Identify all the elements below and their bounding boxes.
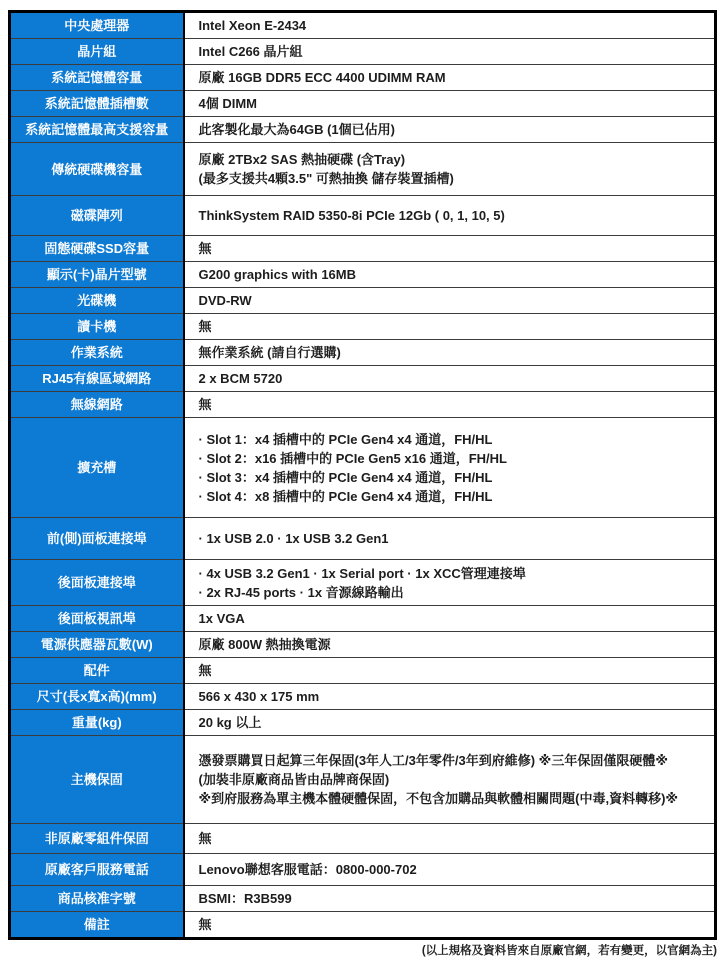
spec-row: 重量(kg)20 kg 以上 [10, 710, 716, 736]
spec-row: 中央處理器Intel Xeon E-2434 [10, 12, 716, 39]
spec-value-line: · Slot 1：x4 插槽中的 PCIe Gen4 x4 通道，FH/HL [199, 430, 705, 449]
spec-value-cell: 無 [184, 658, 716, 684]
spec-row: 顯示(卡)晶片型號G200 graphics with 16MB [10, 262, 716, 288]
spec-label-cell: 磁碟陣列 [10, 196, 184, 236]
spec-label: 讀卡機 [77, 319, 116, 334]
spec-value-line: 1x VGA [199, 609, 705, 628]
spec-value-cell: 無作業系統 (請自行選購) [184, 340, 716, 366]
spec-value-cell: 1x VGA [184, 606, 716, 632]
spec-value-cell: 20 kg 以上 [184, 710, 716, 736]
spec-value-cell: 原廠 800W 熱抽換電源 [184, 632, 716, 658]
spec-label: 系統記憶體插槽數 [45, 96, 149, 111]
spec-value-line: (加裝非原廠商品皆由品牌商保固) [199, 770, 705, 789]
spec-label: 擴充槽 [77, 460, 116, 475]
spec-label-cell: 前(側)面板連接埠 [10, 518, 184, 560]
spec-label-cell: 擴充槽 [10, 418, 184, 518]
spec-label-cell: 讀卡機 [10, 314, 184, 340]
spec-row: 無線網路無 [10, 392, 716, 418]
spec-value-cell: 2 x BCM 5720 [184, 366, 716, 392]
spec-value-line: · Slot 4：x8 插槽中的 PCIe Gen4 x4 通道，FH/HL [199, 487, 705, 506]
spec-label: 配件 [84, 663, 110, 678]
spec-value-line: Intel Xeon E-2434 [199, 16, 705, 35]
spec-row: 系統記憶體容量原廠 16GB DDR5 ECC 4400 UDIMM RAM [10, 65, 716, 91]
spec-value-line: BSMI：R3B599 [199, 889, 705, 908]
spec-label: 主機保固 [71, 772, 123, 787]
spec-label: RJ45有線區域網路 [42, 371, 151, 386]
spec-value-cell: 566 x 430 x 175 mm [184, 684, 716, 710]
spec-value-cell: ThinkSystem RAID 5350-8i PCIe 12Gb ( 0, … [184, 196, 716, 236]
spec-label-cell: 作業系統 [10, 340, 184, 366]
spec-value-cell: 原廠 16GB DDR5 ECC 4400 UDIMM RAM [184, 65, 716, 91]
spec-value-cell: 無 [184, 392, 716, 418]
spec-value-cell: 無 [184, 314, 716, 340]
spec-label-cell: 後面板連接埠 [10, 560, 184, 606]
spec-label-cell: 配件 [10, 658, 184, 684]
spec-value-line: · 1x USB 2.0 · 1x USB 3.2 Gen1 [199, 529, 705, 548]
spec-label: 後面板視訊埠 [58, 611, 136, 626]
spec-row: 光碟機DVD-RW [10, 288, 716, 314]
spec-value-line: · 4x USB 3.2 Gen1 · 1x Serial port · 1x … [199, 564, 705, 583]
spec-value-line: 無作業系統 (請自行選購) [199, 343, 705, 362]
spec-row: 前(側)面板連接埠· 1x USB 2.0 · 1x USB 3.2 Gen1 [10, 518, 716, 560]
spec-row: 主機保固憑發票購買日起算三年保固(3年人工/3年零件/3年到府維修) ※三年保固… [10, 736, 716, 824]
spec-label: 電源供應器瓦數(W) [41, 637, 153, 652]
spec-value-line: 原廠 16GB DDR5 ECC 4400 UDIMM RAM [199, 68, 705, 87]
spec-value-line: 此客製化最大為64GB (1個已佔用) [199, 120, 705, 139]
spec-value-line: 憑發票購買日起算三年保固(3年人工/3年零件/3年到府維修) ※三年保固僅限硬體… [199, 751, 705, 770]
spec-value-line: 無 [199, 829, 705, 848]
spec-label-cell: 固態硬碟SSD容量 [10, 236, 184, 262]
spec-label-cell: RJ45有線區域網路 [10, 366, 184, 392]
spec-value-cell: · Slot 1：x4 插槽中的 PCIe Gen4 x4 通道，FH/HL· … [184, 418, 716, 518]
spec-label: 無線網路 [71, 397, 123, 412]
spec-label-cell: 電源供應器瓦數(W) [10, 632, 184, 658]
spec-table-body: 中央處理器Intel Xeon E-2434晶片組Intel C266 晶片組系… [10, 12, 716, 939]
spec-row: 固態硬碟SSD容量無 [10, 236, 716, 262]
spec-value-cell: 原廠 2TBx2 SAS 熱抽硬碟 (含Tray)(最多支援共4顆3.5" 可熱… [184, 143, 716, 196]
spec-value-line: 無 [199, 239, 705, 258]
spec-value-line: ※到府服務為單主機本體硬體保固，不包含加購品與軟體相關問題(中毒,資料轉移)※ [199, 789, 705, 808]
spec-value-cell: Intel Xeon E-2434 [184, 12, 716, 39]
spec-value-line: 無 [199, 317, 705, 336]
spec-label: 磁碟陣列 [71, 208, 123, 223]
spec-label-cell: 主機保固 [10, 736, 184, 824]
spec-row: 讀卡機無 [10, 314, 716, 340]
spec-value-line: 無 [199, 915, 705, 934]
spec-value-line: 566 x 430 x 175 mm [199, 687, 705, 706]
spec-label: 重量(kg) [72, 715, 122, 730]
spec-label: 固態硬碟SSD容量 [44, 241, 149, 256]
spec-row: 後面板視訊埠1x VGA [10, 606, 716, 632]
spec-label: 前(側)面板連接埠 [47, 531, 147, 546]
spec-row: 商品核准字號BSMI：R3B599 [10, 886, 716, 912]
spec-row: 原廠客戶服務電話Lenovo聯想客服電話：0800-000-702 [10, 854, 716, 886]
spec-label-cell: 中央處理器 [10, 12, 184, 39]
spec-value-cell: G200 graphics with 16MB [184, 262, 716, 288]
spec-sheet-page: 中央處理器Intel Xeon E-2434晶片組Intel C266 晶片組系… [0, 0, 725, 950]
spec-value-cell: · 4x USB 3.2 Gen1 · 1x Serial port · 1x … [184, 560, 716, 606]
spec-value-cell: BSMI：R3B599 [184, 886, 716, 912]
spec-label-cell: 重量(kg) [10, 710, 184, 736]
spec-value-line: (最多支援共4顆3.5" 可熱抽換 儲存裝置插槽) [199, 169, 705, 188]
spec-label-cell: 傳統硬碟機容量 [10, 143, 184, 196]
spec-value-cell: 無 [184, 236, 716, 262]
spec-label: 顯示(卡)晶片型號 [47, 267, 147, 282]
spec-label: 尺寸(長x寬x高)(mm) [37, 689, 157, 704]
spec-row: 非原廠零組件保固無 [10, 824, 716, 854]
spec-row: 電源供應器瓦數(W)原廠 800W 熱抽換電源 [10, 632, 716, 658]
spec-value-cell: 4個 DIMM [184, 91, 716, 117]
spec-row: 作業系統無作業系統 (請自行選購) [10, 340, 716, 366]
spec-row: RJ45有線區域網路2 x BCM 5720 [10, 366, 716, 392]
spec-label: 商品核准字號 [58, 891, 136, 906]
spec-value-cell: DVD-RW [184, 288, 716, 314]
spec-row: 系統記憶體最高支援容量此客製化最大為64GB (1個已佔用) [10, 117, 716, 143]
spec-label: 光碟機 [77, 293, 116, 308]
spec-label-cell: 尺寸(長x寬x高)(mm) [10, 684, 184, 710]
spec-value-line: 原廠 800W 熱抽換電源 [199, 635, 705, 654]
spec-label: 系統記憶體容量 [51, 70, 142, 85]
spec-label-cell: 商品核准字號 [10, 886, 184, 912]
spec-label-cell: 系統記憶體插槽數 [10, 91, 184, 117]
spec-row: 傳統硬碟機容量原廠 2TBx2 SAS 熱抽硬碟 (含Tray)(最多支援共4顆… [10, 143, 716, 196]
spec-label: 作業系統 [71, 345, 123, 360]
spec-value-line: 無 [199, 661, 705, 680]
spec-label-cell: 備註 [10, 912, 184, 939]
spec-label-cell: 原廠客戶服務電話 [10, 854, 184, 886]
spec-value-line: · Slot 2：x16 插槽中的 PCIe Gen5 x16 通道，FH/HL [199, 449, 705, 468]
spec-label-cell: 顯示(卡)晶片型號 [10, 262, 184, 288]
spec-value-cell: 憑發票購買日起算三年保固(3年人工/3年零件/3年到府維修) ※三年保固僅限硬體… [184, 736, 716, 824]
spec-value-line: 2 x BCM 5720 [199, 369, 705, 388]
spec-row: 擴充槽· Slot 1：x4 插槽中的 PCIe Gen4 x4 通道，FH/H… [10, 418, 716, 518]
spec-value-line: G200 graphics with 16MB [199, 265, 705, 284]
spec-value-cell: Lenovo聯想客服電話：0800-000-702 [184, 854, 716, 886]
spec-value-line: DVD-RW [199, 291, 705, 310]
spec-row: 後面板連接埠· 4x USB 3.2 Gen1 · 1x Serial port… [10, 560, 716, 606]
spec-value-line: · 2x RJ-45 ports · 1x 音源線路輸出 [199, 583, 705, 602]
spec-label-cell: 無線網路 [10, 392, 184, 418]
spec-value-cell: 此客製化最大為64GB (1個已佔用) [184, 117, 716, 143]
spec-label-cell: 晶片組 [10, 39, 184, 65]
spec-value-line: ThinkSystem RAID 5350-8i PCIe 12Gb ( 0, … [199, 206, 705, 225]
spec-label: 系統記憶體最高支援容量 [25, 122, 168, 137]
spec-value-line: 4個 DIMM [199, 94, 705, 113]
spec-value-line: Intel C266 晶片組 [199, 42, 705, 61]
spec-label: 原廠客戶服務電話 [45, 862, 149, 877]
spec-label: 非原廠零組件保固 [45, 831, 149, 846]
spec-row: 備註無 [10, 912, 716, 939]
spec-label: 傳統硬碟機容量 [51, 162, 142, 177]
spec-value-line: · Slot 3：x4 插槽中的 PCIe Gen4 x4 通道，FH/HL [199, 468, 705, 487]
spec-value-line: 原廠 2TBx2 SAS 熱抽硬碟 (含Tray) [199, 150, 705, 169]
spec-value-line: 無 [199, 395, 705, 414]
spec-label-cell: 光碟機 [10, 288, 184, 314]
spec-value-cell: 無 [184, 824, 716, 854]
spec-label-cell: 非原廠零組件保固 [10, 824, 184, 854]
spec-label: 後面板連接埠 [58, 575, 136, 590]
spec-label-cell: 系統記憶體容量 [10, 65, 184, 91]
spec-row: 晶片組Intel C266 晶片組 [10, 39, 716, 65]
spec-label: 中央處理器 [64, 18, 129, 33]
spec-value-line: 20 kg 以上 [199, 713, 705, 732]
spec-value-cell: · 1x USB 2.0 · 1x USB 3.2 Gen1 [184, 518, 716, 560]
spec-label-cell: 後面板視訊埠 [10, 606, 184, 632]
spec-label: 備註 [84, 917, 110, 932]
spec-table: 中央處理器Intel Xeon E-2434晶片組Intel C266 晶片組系… [8, 10, 717, 940]
spec-value-line: Lenovo聯想客服電話：0800-000-702 [199, 860, 705, 879]
spec-label-cell: 系統記憶體最高支援容量 [10, 117, 184, 143]
spec-row: 系統記憶體插槽數4個 DIMM [10, 91, 716, 117]
spec-value-cell: Intel C266 晶片組 [184, 39, 716, 65]
spec-row: 磁碟陣列ThinkSystem RAID 5350-8i PCIe 12Gb (… [10, 196, 716, 236]
spec-label: 晶片組 [77, 44, 116, 59]
spec-row: 配件無 [10, 658, 716, 684]
spec-value-cell: 無 [184, 912, 716, 939]
spec-row: 尺寸(長x寬x高)(mm)566 x 430 x 175 mm [10, 684, 716, 710]
